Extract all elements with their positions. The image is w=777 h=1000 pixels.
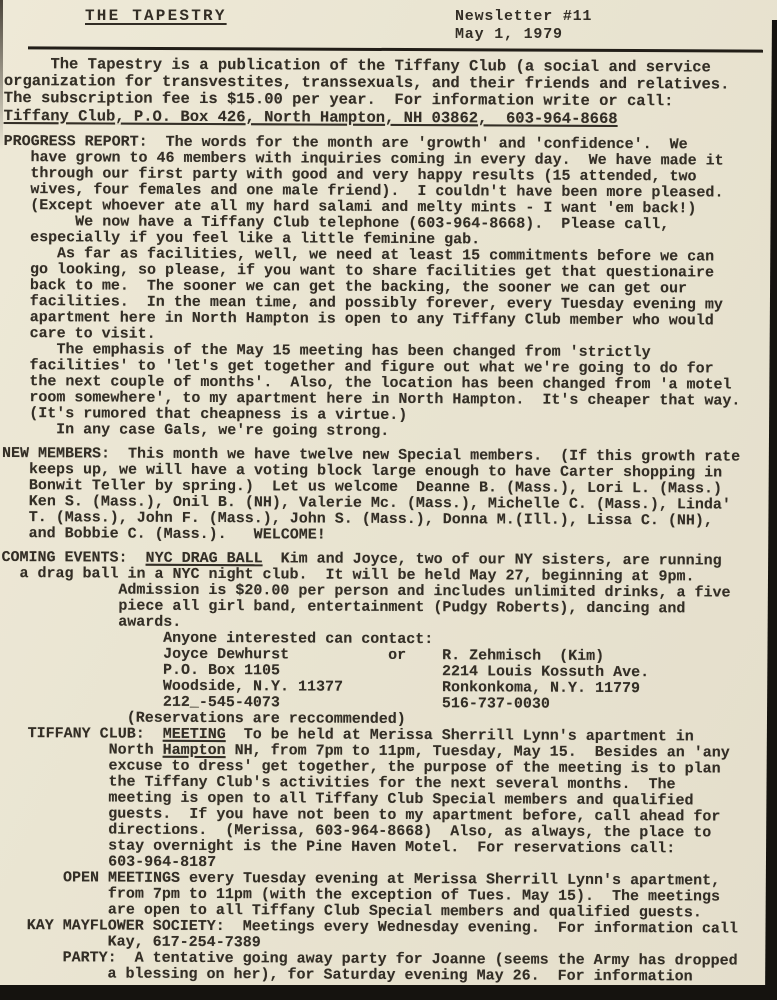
newsletter-issue: Newsletter #11 xyxy=(455,8,592,25)
horizontal-rule xyxy=(28,46,763,52)
newsletter-page: THE TAPESTRY Newsletter #11 May 1, 1979 … xyxy=(0,0,777,1000)
text-segment: TIFFANY CLUB: xyxy=(1,725,163,743)
text-segment: a blessing on her), for Saturday evening… xyxy=(0,965,693,985)
document-body: The Tapestry is a publication of the Tif… xyxy=(0,56,769,986)
scan-edge-left xyxy=(0,0,3,150)
page-title: THE TAPESTRY xyxy=(85,7,227,25)
underlined-text: Tiffany Club, P.O. Box 426, North Hampto… xyxy=(4,107,618,128)
text-line: a blessing on her), for Saturday evening… xyxy=(0,966,765,986)
text-line: In any case Gals, we're going strong. xyxy=(2,422,767,442)
newsletter-date: May 1, 1979 xyxy=(455,26,563,43)
underlined-text: MEETING xyxy=(163,726,226,743)
section-new-members: NEW MEMBERS: This month we have twelve n… xyxy=(2,446,767,546)
text-segment: and Bobbie C. (Mass.). WELCOME! xyxy=(2,525,326,544)
section-coming-events: COMING EVENTS: NYC DRAG BALL Kim and Joy… xyxy=(1,550,767,730)
text-segment: care to visit. xyxy=(3,325,156,343)
text-segment: In any case Gals, we're going strong. xyxy=(2,421,389,440)
scan-edge-bottom xyxy=(0,985,777,1000)
section-masthead: The Tapestry is a publication of the Tif… xyxy=(4,56,769,129)
section-tiffany-club: TIFFANY CLUB: MEETING To be held at Meri… xyxy=(0,726,766,986)
text-segment: North xyxy=(1,741,163,759)
text-segment: COMING EVENTS: xyxy=(2,549,146,567)
section-progress-report: PROGRESS REPORT: The words for the month… xyxy=(2,134,768,442)
underlined-text: Hampton xyxy=(163,742,226,759)
underlined-text: NYC DRAG BALL xyxy=(146,550,263,568)
